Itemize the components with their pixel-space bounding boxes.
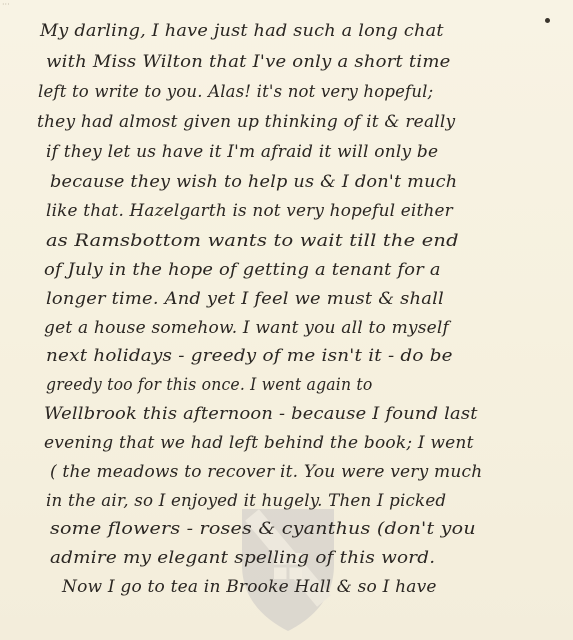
letter-line-14: Wellbrook this afternoon - because I fou…: [44, 404, 478, 424]
letter-line-20: Now I go to tea in Brooke Hall & so I ha…: [62, 577, 437, 597]
corner-mark: ···: [2, 0, 10, 9]
letter-line-13: greedy too for this once. I went again t…: [46, 375, 372, 395]
letter-line-10: longer time. And yet I feel we must & sh…: [46, 289, 444, 309]
letter-line-17: in the air, so I enjoyed it hugely. Then…: [46, 491, 446, 511]
letter-line-12: next holidays - greedy of me isn't it - …: [46, 346, 453, 366]
letter-page: ··· My darling, I have just had such a l…: [0, 0, 573, 640]
letter-line-11: get a house somehow. I want you all to m…: [44, 318, 449, 338]
letter-line-19: admire my elegant spelling of this word.: [50, 548, 435, 568]
letter-line-18: some flowers - roses & cyanthus (don't y…: [50, 519, 476, 539]
letter-line-9: of July in the hope of getting a tenant …: [44, 260, 441, 280]
letter-line-5: if they let us have it I'm afraid it wil…: [46, 142, 438, 162]
letter-line-1: My darling, I have just had such a long …: [40, 21, 444, 41]
ink-blot: [545, 18, 550, 23]
letter-line-3: left to write to you. Alas! it's not ver…: [38, 82, 433, 102]
letter-line-4: they had almost given up thinking of it …: [37, 112, 455, 132]
letter-line-8: as Ramsbottom wants to wait till the end: [46, 231, 459, 251]
letter-line-6: because they wish to help us & I don't m…: [50, 172, 457, 192]
letter-line-7: like that. Hazelgarth is not very hopefu…: [46, 201, 453, 221]
letter-line-15: evening that we had left behind the book…: [44, 433, 474, 453]
letter-line-16: ( the meadows to recover it. You were ve…: [50, 462, 482, 482]
letter-line-2: with Miss Wilton that I've only a short …: [46, 52, 451, 72]
